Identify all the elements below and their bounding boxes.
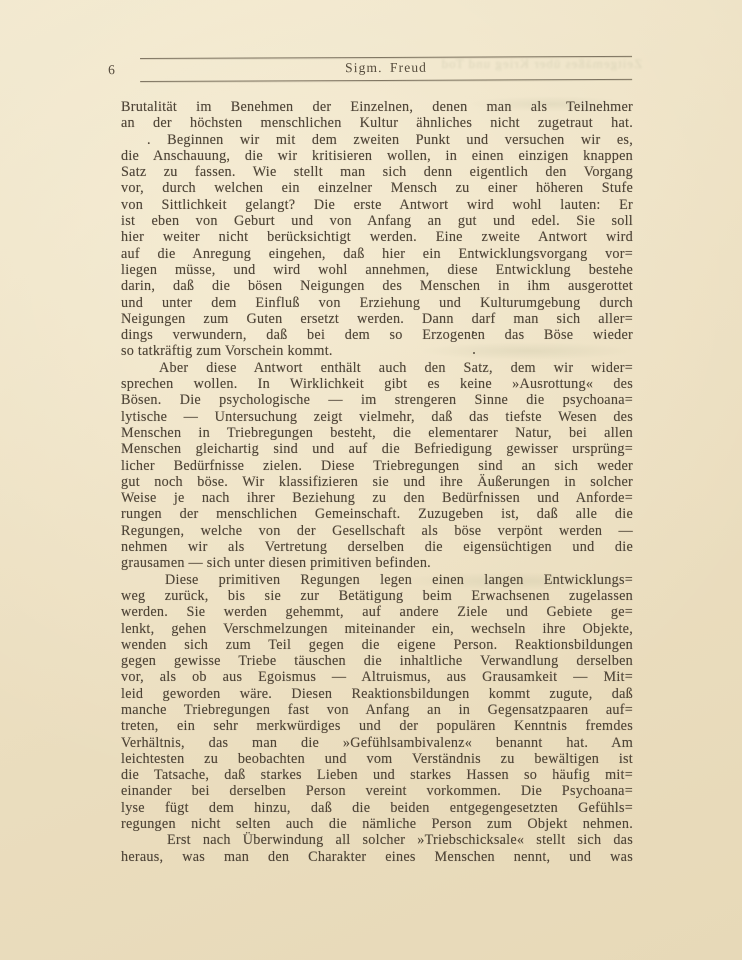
text-line: Verhältnis, das man die »Gefühlsambivale… — [121, 735, 633, 751]
text-line: vor, durch welchen ein einzelner Mensch … — [121, 180, 633, 196]
text-line: sprechen wollen. In Wirklichkeit gibt es… — [121, 376, 633, 392]
text-line: Bösen. Die psychologische — im strengere… — [121, 392, 633, 408]
text-line: liegen müsse, und wird wohl annehmen, di… — [121, 262, 633, 278]
text-line: die Anschauung, die wir kritisieren woll… — [121, 148, 633, 164]
text-line: heraus, was man den Charakter eines Mens… — [121, 849, 633, 865]
text-line: hier weiter nicht berücksichtigt werden.… — [121, 229, 633, 245]
text-line: Regungen, welche von der Gesellschaft al… — [121, 523, 633, 539]
text-line: gut noch böse. Wir klassifizieren sie un… — [121, 474, 633, 490]
text-line: Diese primitiven Regungen legen einen la… — [121, 572, 633, 588]
header-rule-bottom — [140, 79, 632, 82]
text-line: nehmen wir als Vertretung derselben die … — [121, 539, 633, 555]
text-line: gegen gewisse Triebe täuschen die inhalt… — [121, 653, 633, 669]
running-head-title: Sigm. Freud — [140, 59, 632, 77]
text-line: Brutalität im Benehmen der Einzelnen, de… — [121, 99, 633, 115]
text-line: licher Bedürfnisse zielen. Diese Triebre… — [121, 458, 633, 474]
book-page: 6 Sigm. Freud Zeitgemäßes über Krieg und… — [0, 0, 742, 960]
text-line: ist eben von Geburt und von Anfang an gu… — [121, 213, 633, 229]
text-line: darin, daß die bösen Neigungen des Mensc… — [121, 278, 633, 294]
text-line: grausamen — sich unter diesen primitiven… — [121, 555, 633, 571]
text-line: manche Triebregungen fast von Anfang an … — [121, 702, 633, 718]
text-line: lytische — Untersuchung zeigt vielmehr, … — [121, 409, 633, 425]
text-line: lyse fügt dem hinzu, daß die beiden entg… — [121, 800, 633, 816]
text-line: Menschen in Triebregungen besteht, die e… — [121, 425, 633, 441]
text-line: Erst nach Überwindung all solcher »Trieb… — [121, 832, 633, 848]
text-line: dings verwundern, daß bei dem so Erzogen… — [121, 327, 633, 343]
text-line: lenkt, gehen Verschmelzungen miteinander… — [121, 621, 633, 637]
text-line: Weise je nach ihrer Beziehung zu den Bed… — [121, 490, 633, 506]
text-line: regungen nicht selten auch die nämliche … — [121, 816, 633, 832]
text-line: so tatkräftig zum Vorschein kommt. — [121, 343, 633, 359]
text-line: vor, als ob aus Egoismus — Altruismus, a… — [121, 669, 633, 685]
text-line: leichtesten zu beobachten und vom Verstä… — [121, 751, 633, 767]
text-line: Satz zu fassen. Wie stellt man sich denn… — [121, 164, 633, 180]
text-line: rungen der menschlichen Gemeinschaft. Zu… — [121, 506, 633, 522]
text-line: werden. Sie werden gehemmt, auf andere Z… — [121, 604, 633, 620]
page-number: 6 — [108, 62, 115, 78]
text-line: auf die Anregung eingehen, daß hier ein … — [121, 246, 633, 262]
text-line: Neigungen zum Guten ersetzt werden. Dann… — [121, 311, 633, 327]
text-line: weg zurück, bis sie zur Betätigung beim … — [121, 588, 633, 604]
text-line: an der höchsten menschlichen Kultur ähnl… — [121, 115, 633, 131]
text-line: treten, ein sehr merkwürdiges und der po… — [121, 718, 633, 734]
text-block: Brutalität im Benehmen der Einzelnen, de… — [121, 99, 633, 865]
text-line: leid geworden wäre. Diesen Reaktionsbild… — [121, 686, 633, 702]
text-line: Menschen gleichartig sind und auf die Be… — [121, 441, 633, 457]
text-line: wenden sich zum Teil gegen die eigene Pe… — [121, 637, 633, 653]
running-header: 6 Sigm. Freud — [0, 0, 742, 98]
text-line: . Beginnen wir mit dem zweiten Punkt und… — [121, 132, 633, 148]
text-line: einander bei derselben Person vereint vo… — [121, 783, 633, 799]
text-line: die Tatsache, daß starkes Lieben und sta… — [121, 767, 633, 783]
text-line: Aber diese Antwort enthält auch den Satz… — [121, 360, 633, 376]
text-line: von Sittlichkeit gelangt? Die erste Antw… — [121, 197, 633, 213]
text-line: und unter dem Einfluß von Erziehung und … — [121, 295, 633, 311]
